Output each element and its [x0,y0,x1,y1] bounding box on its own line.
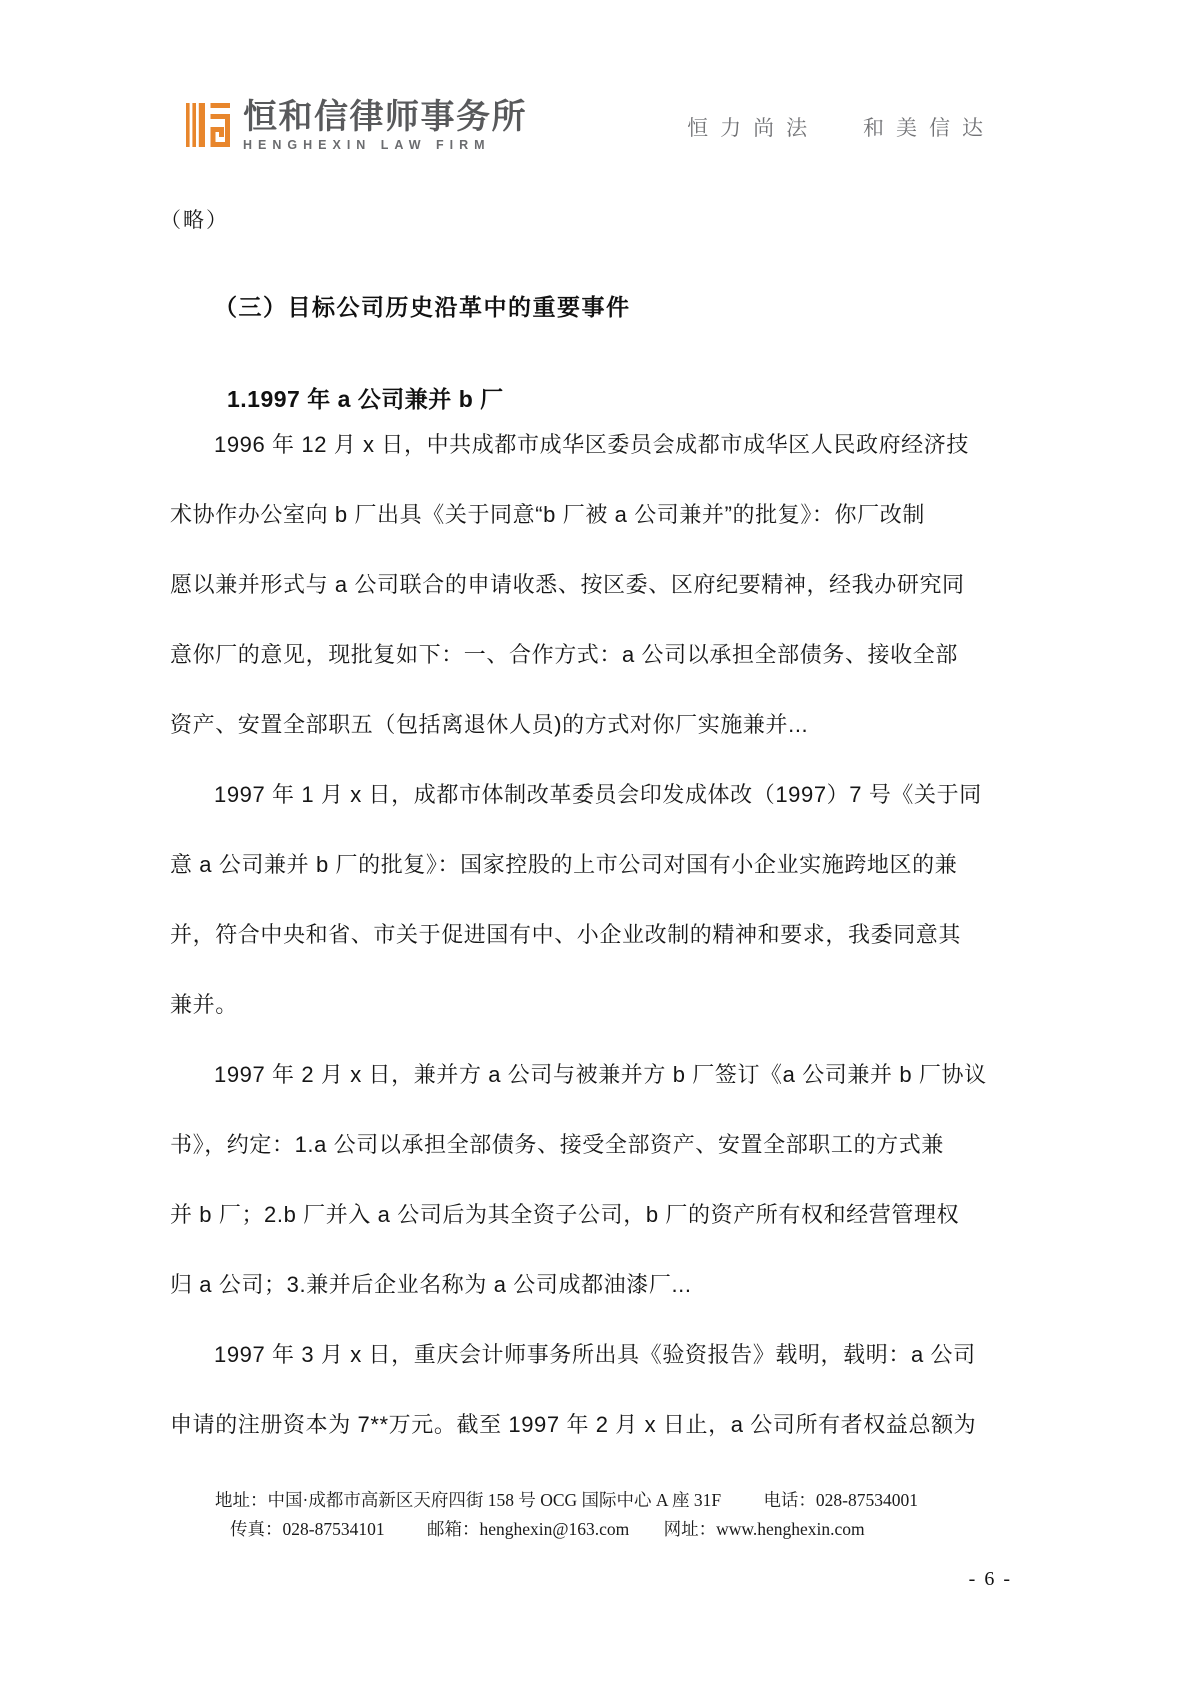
footer-contact-line-2: 传真：028-87534101 邮箱：henghexin@163.com 网址：… [230,1516,865,1541]
brand-name-chinese: 恒和信律师事务所 [243,99,527,135]
body-line: 1997 年 3 月 x 日，重庆会计师事务所出具《验资报告》载明，载明：a 公… [170,1320,970,1390]
footer-fax: 传真：028-87534101 [230,1519,385,1539]
body-line: 1997 年 2 月 x 日，兼并方 a 公司与被兼并方 b 厂签订《a 公司兼… [170,1040,970,1110]
brand-name-english: HENGHEXIN LAW FIRM [243,138,527,152]
body-line: 申请的注册资本为 7**万元。截至 1997 年 2 月 x 日止，a 公司所有… [170,1390,970,1460]
footer-phone: 电话：028-87534001 [763,1490,918,1510]
body-line: 愿以兼并形式与 a 公司联合的申请收悉、按区委、区府纪要精神，经我办研究同 [170,550,970,620]
body-line: 1996 年 12 月 x 日，中共成都市成华区委员会成都市成华区人民政府经济技 [170,410,970,480]
firm-tagline: 恒力尚法 和美信达 [687,112,995,142]
body-line: 资产、安置全部职五（包括离退休人员)的方式对你厂实施兼并... [170,690,970,760]
section-heading: （三）目标公司历史沿革中的重要事件 [214,289,631,322]
footer-email: 邮箱：henghexin@163.com [427,1519,629,1539]
footer-contact-line-1: 地址：中国·成都市高新区天府四街 158 号 OCG 国际中心 A 座 31F … [215,1487,918,1512]
tagline-part1: 恒力尚法 [687,117,819,140]
body-line: 并，符合中央和省、市关于促进国有中、小企业改制的精神和要求，我委同意其 [170,900,970,970]
omitted-note: （略） [160,204,229,234]
footer-website: 网址：www.henghexin.com [664,1519,865,1539]
body-line: 意 a 公司兼并 b 厂的批复》：国家控股的上市公司对国有小企业实施跨地区的兼 [170,830,970,900]
body-line: 术协作办公室向 b 厂出具《关于同意“b 厂被 a 公司兼并”的批复》：你厂改制 [170,480,970,550]
body-line: 1997 年 1 月 x 日，成都市体制改革委员会印发成体改（1997）7 号《… [170,760,970,830]
footer-address: 地址：中国·成都市高新区天府四街 158 号 OCG 国际中心 A 座 31F [215,1490,721,1510]
page-number: - 6 - [969,1568,1012,1591]
body-line: 书》，约定：1.a 公司以承担全部债务、接受全部资产、安置全部职工的方式兼 [170,1110,970,1180]
brand-block: 恒和信律师事务所 HENGHEXIN LAW FIRM [243,99,527,152]
body-line: 兼并。 [170,970,970,1040]
tagline-part2: 和美信达 [863,117,995,140]
body-text: 1996 年 12 月 x 日，中共成都市成华区委员会成都市成华区人民政府经济技… [170,410,970,1460]
document-page: 恒和信律师事务所 HENGHEXIN LAW FIRM 恒力尚法 和美信达 （略… [0,0,1190,1683]
law-firm-logo-icon [186,103,230,147]
body-line: 并 b 厂；2.b 厂并入 a 公司后为其全资子公司，b 厂的资产所有权和经营管… [170,1180,970,1250]
body-line: 意你厂的意见，现批复如下：一、合作方式：a 公司以承担全部债务、接收全部 [170,620,970,690]
body-line: 归 a 公司；3.兼并后企业名称为 a 公司成都油漆厂... [170,1250,970,1320]
